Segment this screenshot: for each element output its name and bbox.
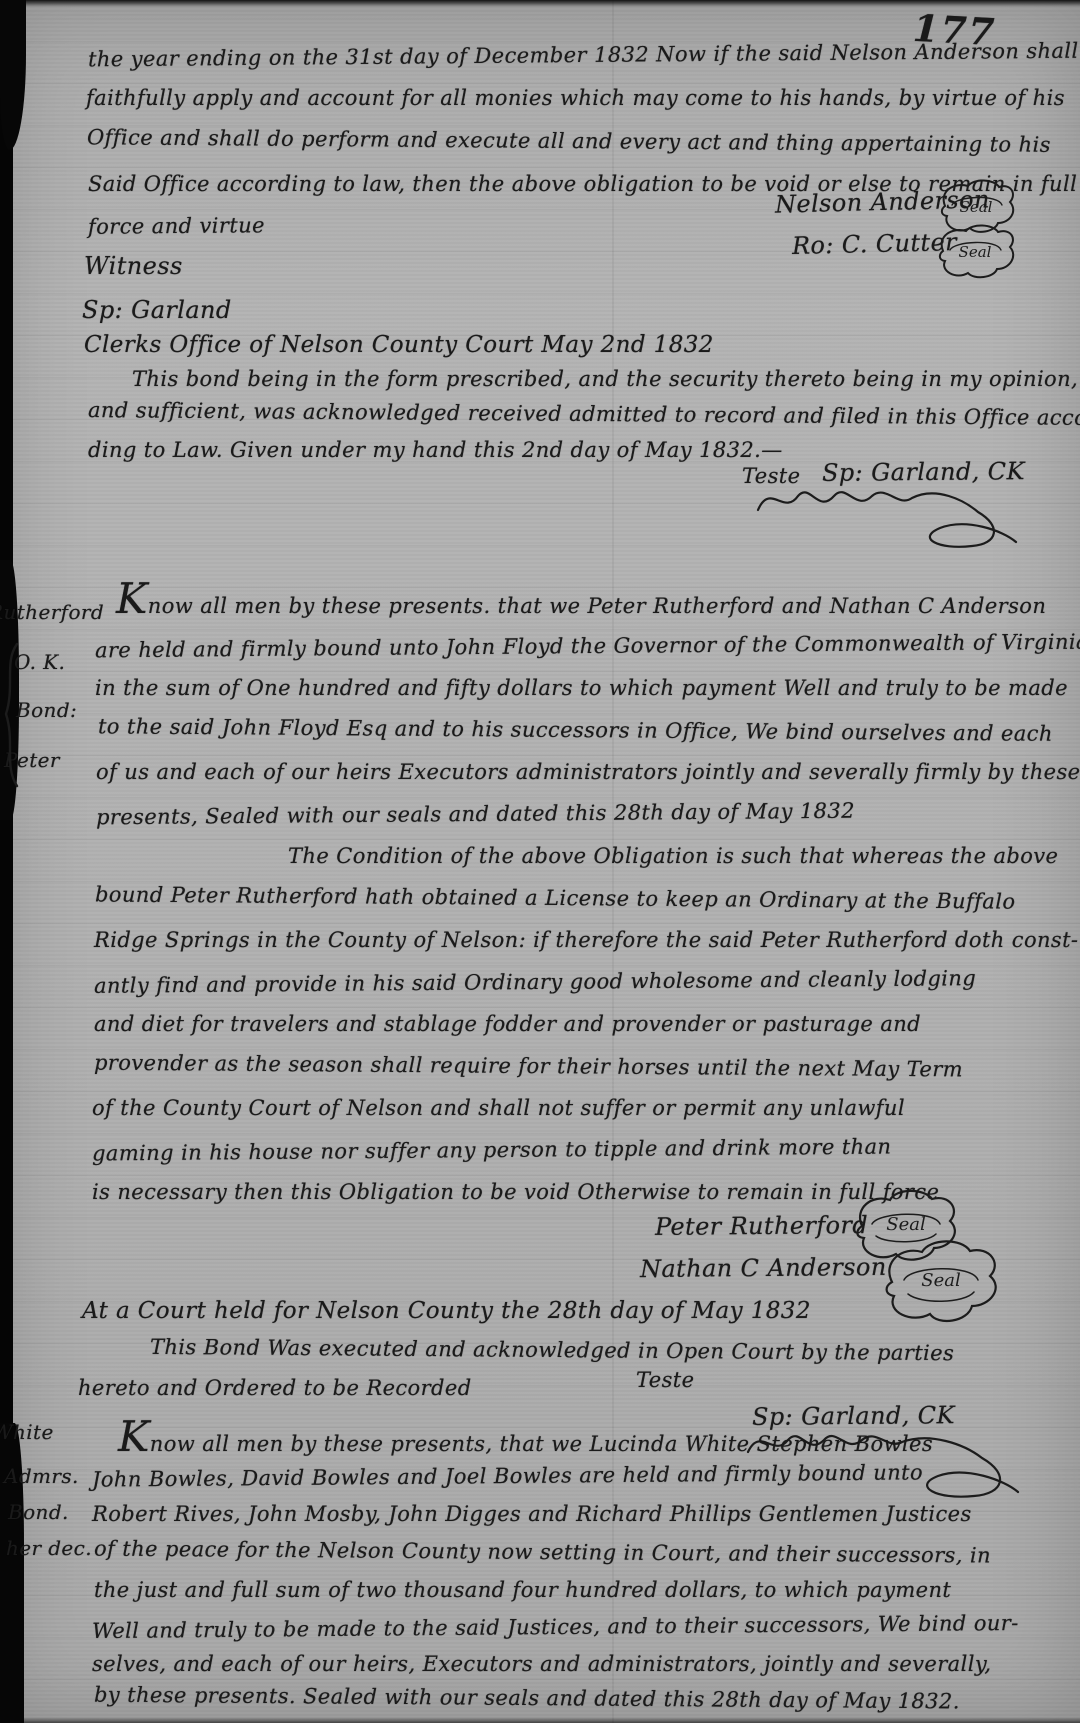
record3-body-line: by these presents. Sealed with our seals…: [94, 1685, 960, 1713]
record3-margin-line: White: [0, 1420, 54, 1444]
seal-text: Seal: [960, 198, 993, 216]
signature-name: Nathan C Anderson: [640, 1253, 887, 1283]
record3-body-line: Well and truly to be made to the said Ju…: [92, 1613, 1019, 1642]
record2-margin-line: Rutherford: [0, 600, 104, 624]
record2-body-line: Ridge Springs in the County of Nelson: i…: [94, 930, 1078, 951]
record3-body-line: selves, and each of our heirs, Executors…: [92, 1654, 991, 1675]
record2-body-line: provender as the season shall require fo…: [94, 1053, 963, 1081]
teste-label: Teste: [636, 1370, 694, 1391]
record2-margin-line: O. K.: [14, 650, 65, 674]
record1-cert-line: This bond being in the form prescribed, …: [132, 369, 1080, 390]
record3-margin-line: her dec.: [6, 1536, 92, 1560]
seal-text: Seal: [959, 243, 992, 261]
signature-name: Peter Rutherford: [655, 1211, 868, 1241]
record1-body-line: faithfully apply and account for all mon…: [86, 88, 1065, 109]
record1-cert-line: and sufficient, was acknowledged receive…: [88, 400, 1080, 429]
record2-body-line: presents, Sealed with our seals and date…: [96, 801, 855, 829]
record1-body-line: the year ending on the 31st day of Decem…: [88, 41, 1079, 71]
seal-text: Seal: [921, 1270, 961, 1291]
signature-name: Ro: C. Cutter: [792, 228, 958, 260]
record2-body-line: The Condition of the above Obligation is…: [288, 846, 1058, 867]
record1-body-line: force and virtue: [88, 215, 265, 238]
scanned-record-page: 177 the year ending on the 31st day of D…: [0, 0, 1080, 1723]
clerk-office-heading: Clerks Office of Nelson County Court May…: [84, 332, 714, 358]
record2-body-line: is necessary then this Obligation to be …: [92, 1182, 939, 1203]
record3-margin-line: Admrs.: [4, 1464, 79, 1488]
record1-body-line: Office and shall do perform and execute …: [87, 127, 1051, 156]
seal-scribble: Seal: [880, 1238, 1002, 1324]
record2-body-line: antly find and provide in his said Ordin…: [94, 968, 976, 997]
record2-body-line: are held and firmly bound unto John Floy…: [95, 632, 1080, 662]
scan-edge-bottom: [0, 1717, 1080, 1723]
record2-body-line: bound Peter Rutherford hath obtained a L…: [95, 884, 1016, 912]
record2-body-line: Know all men by these presents. that we …: [116, 586, 1046, 617]
record2-court-line: hereto and Ordered to be Recorded: [78, 1378, 472, 1399]
seal-text: Seal: [886, 1214, 926, 1235]
record2-body-line: in the sum of One hundred and fifty doll…: [95, 678, 1068, 699]
record3-margin-line: Bond.: [8, 1500, 69, 1524]
margin-brace-mark: [0, 640, 20, 790]
scan-edge-top: [0, 0, 1080, 7]
record2-body-line: to the said John Floyd Esq and to his su…: [98, 716, 1053, 744]
witness-label: Witness: [84, 252, 183, 280]
book-binding-edge: [0, 0, 26, 150]
record1-cert-line: ding to Law. Given under my hand this 2n…: [88, 440, 783, 461]
record2-court-line: At a Court held for Nelson County the 28…: [82, 1298, 811, 1324]
record2-body-line: of the County Court of Nelson and shall …: [92, 1098, 905, 1119]
record3-body-line: Robert Rives, John Mosby, John Digges an…: [92, 1504, 972, 1525]
record2-body-line: and diet for travelers and stablage fodd…: [94, 1014, 921, 1035]
seal-scribble: Seal: [935, 222, 1017, 280]
witness-signature: Sp: Garland: [82, 296, 232, 324]
record2-body-line: of us and each of our heirs Executors ad…: [96, 762, 1080, 783]
record2-margin-line: Bond:: [16, 698, 77, 722]
record3-body-line: the just and full sum of two thousand fo…: [94, 1580, 951, 1601]
record2-body-line: gaming in his house nor suffer any perso…: [92, 1137, 892, 1165]
record3-body-line: Know all men by these presents, that we …: [118, 1424, 933, 1455]
record2-court-line: This Bond Was executed and acknowledged …: [150, 1337, 954, 1364]
record3-body-line: of the peace for the Nelson County now s…: [94, 1538, 991, 1566]
clerk-flourish: [740, 482, 1030, 574]
